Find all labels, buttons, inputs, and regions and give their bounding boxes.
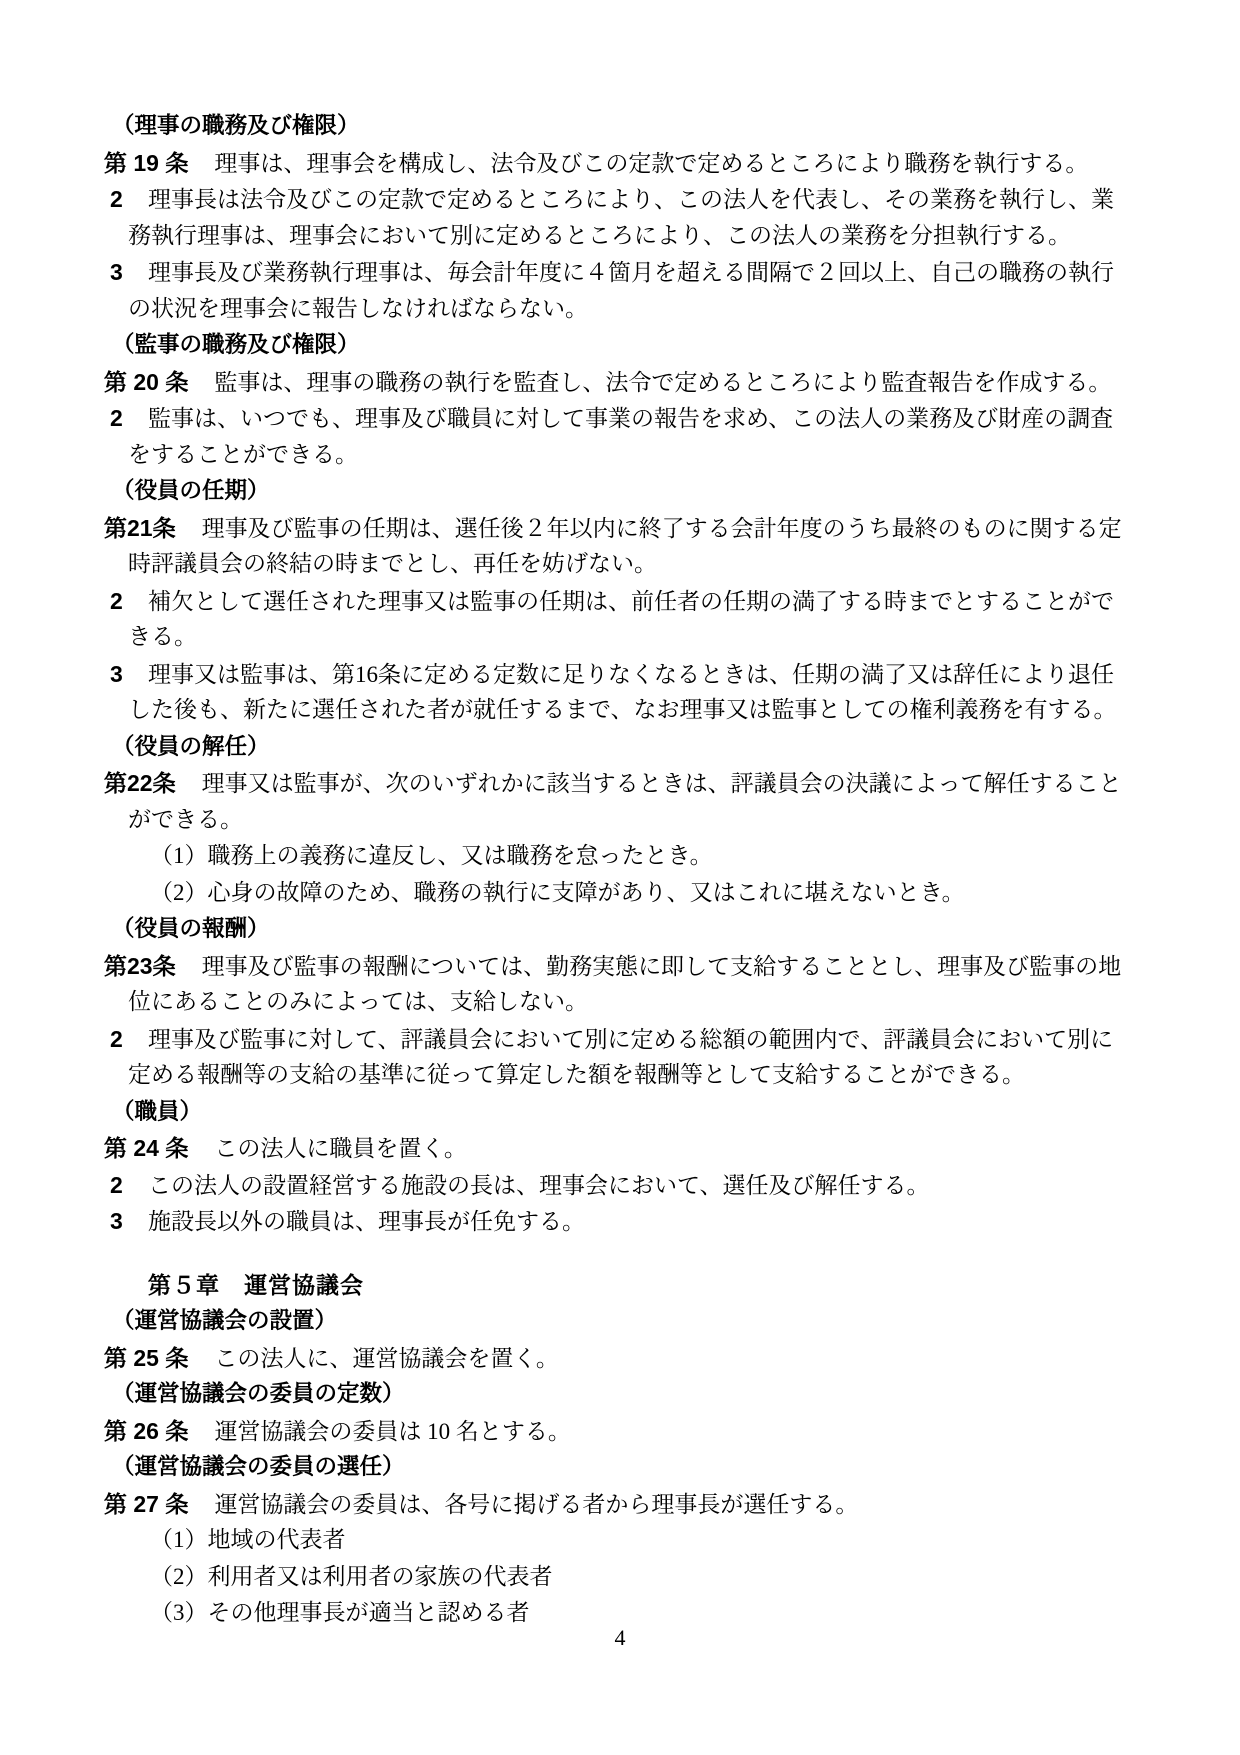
document-line: 3理事長及び業務執行理事は、毎会計年度に４箇月を超える間隔で２回以上、自己の職務…	[104, 254, 1144, 291]
document-line: をすることができる。	[104, 437, 1144, 474]
document-line: 第 19 条理事は、理事会を構成し、法令及びこの定款で定めるところにより職務を執…	[104, 145, 1144, 182]
document-line: （2）利用者又は利用者の家族の代表者	[104, 1559, 1144, 1596]
document-line: （運営協議会の委員の選任）	[104, 1449, 1144, 1486]
paragraph-number: 3	[110, 254, 148, 291]
document-line: （役員の解任）	[104, 729, 1144, 766]
line-text: 理事及び監事の任期は、選任後２年以内に終了する会計年度のうち最終のものに関する定	[202, 516, 1122, 541]
document-line: 第22条理事又は監事が、次のいずれかに該当するときは、評議員会の決議によって解任…	[104, 765, 1144, 802]
line-text: （1）地域の代表者	[150, 1527, 346, 1552]
document-body: （理事の職務及び権限）第 19 条理事は、理事会を構成し、法令及びこの定款で定め…	[104, 108, 1144, 1632]
document-line: 2この法人の設置経営する施設の長は、理事会において、選任及び解任する。	[104, 1167, 1144, 1204]
line-text: 時評議員会の終結の時までとし、再任を妨げない。	[128, 551, 657, 576]
document-line: きる。	[104, 619, 1144, 656]
paragraph-number: 2	[110, 181, 148, 218]
line-text: 理事又は監事が、次のいずれかに該当するときは、評議員会の決議によって解任すること	[202, 771, 1122, 796]
document-line: 第21条理事及び監事の任期は、選任後２年以内に終了する会計年度のうち最終のものに…	[104, 510, 1144, 547]
document-line: （監事の職務及び権限）	[104, 327, 1144, 364]
document-line: （1）地域の代表者	[104, 1522, 1144, 1559]
line-text: この法人の設置経営する施設の長は、理事会において、選任及び解任する。	[148, 1173, 930, 1198]
document-line: （役員の報酬）	[104, 911, 1144, 948]
paragraph-number: 2	[110, 583, 148, 620]
line-text: 理事又は監事は、第16条に定める定数に足りなくなるときは、任期の満了又は辞任によ…	[148, 662, 1114, 687]
document-line: （理事の職務及び権限）	[104, 108, 1144, 145]
document-page: （理事の職務及び権限）第 19 条理事は、理事会を構成し、法令及びこの定款で定め…	[0, 0, 1240, 1755]
line-text: 運営協議会の委員は 10 名とする。	[214, 1419, 571, 1444]
document-line: 第５章 運営協議会	[104, 1267, 1144, 1304]
article-number: 第22条	[104, 770, 176, 796]
document-line: 2理事及び監事に対して、評議員会において別に定める総額の範囲内で、評議員会におい…	[104, 1021, 1144, 1058]
paragraph-number: 3	[110, 1203, 148, 1240]
line-text: （1）職務上の義務に違反し、又は職務を怠ったとき。	[150, 843, 713, 868]
line-text: の状況を理事会に報告しなければならない。	[128, 296, 588, 321]
article-number: 第 25 条	[104, 1345, 188, 1371]
paragraph-number: 2	[110, 400, 148, 437]
paragraph-number: 2	[110, 1167, 148, 1204]
document-line: 第23条理事及び監事の報酬については、勤務実態に即して支給することとし、理事及び…	[104, 948, 1144, 985]
document-line: 定める報酬等の支給の基準に従って算定した額を報酬等として支給することができる。	[104, 1057, 1144, 1094]
line-text: 務執行理事は、理事会において別に定めるところにより、この法人の業務を分担執行する…	[128, 223, 1071, 248]
document-line: 時評議員会の終結の時までとし、再任を妨げない。	[104, 546, 1144, 583]
line-text: 理事及び監事に対して、評議員会において別に定める総額の範囲内で、評議員会において…	[148, 1027, 1113, 1052]
document-line: 3理事又は監事は、第16条に定める定数に足りなくなるときは、任期の満了又は辞任に…	[104, 656, 1144, 693]
line-text: をすることができる。	[128, 442, 358, 467]
document-line: 位にあることのみによっては、支給しない。	[104, 984, 1144, 1021]
line-text: （役員の報酬）	[112, 916, 270, 941]
article-number: 第23条	[104, 953, 176, 979]
line-text: 施設長以外の職員は、理事長が任免する。	[148, 1209, 585, 1234]
line-text: （理事の職務及び権限）	[112, 113, 360, 138]
line-text: 第５章 運営協議会	[148, 1272, 364, 1298]
line-text: 定める報酬等の支給の基準に従って算定した額を報酬等として支給することができる。	[128, 1062, 1025, 1087]
document-line: （1）職務上の義務に違反し、又は職務を怠ったとき。	[104, 838, 1144, 875]
article-number: 第 19 条	[104, 150, 188, 176]
document-line: 第 20 条監事は、理事の職務の執行を監査し、法令で定めるところにより監査報告を…	[104, 364, 1144, 401]
article-number: 第21条	[104, 515, 176, 541]
document-line: した後も、新たに選任された者が就任するまで、なお理事又は監事としての権利義務を有…	[104, 692, 1144, 729]
line-spacer	[104, 1240, 1144, 1267]
line-text: きる。	[128, 624, 197, 649]
line-text: 理事長及び業務執行理事は、毎会計年度に４箇月を超える間隔で２回以上、自己の職務の…	[148, 260, 1114, 285]
article-number: 第 27 条	[104, 1491, 188, 1517]
document-line: （職員）	[104, 1094, 1144, 1131]
line-text: 位にあることのみによっては、支給しない。	[128, 989, 588, 1014]
document-line: 3施設長以外の職員は、理事長が任免する。	[104, 1203, 1144, 1240]
document-line: 第 27 条運営協議会の委員は、各号に掲げる者から理事長が選任する。	[104, 1486, 1144, 1523]
document-line: 2理事長は法令及びこの定款で定めるところにより、この法人を代表し、その業務を執行…	[104, 181, 1144, 218]
line-text: 監事は、いつでも、理事及び職員に対して事業の報告を求め、この法人の業務及び財産の…	[148, 406, 1113, 431]
page-number: 4	[0, 1620, 1240, 1656]
document-line: ができる。	[104, 802, 1144, 839]
line-text: （運営協議会の委員の定数）	[112, 1381, 405, 1406]
line-text: 監事は、理事の職務の執行を監査し、法令で定めるところにより監査報告を作成する。	[214, 370, 1111, 395]
document-line: （役員の任期）	[104, 473, 1144, 510]
line-text: （運営協議会の設置）	[112, 1308, 337, 1333]
line-text: （役員の任期）	[112, 478, 270, 503]
document-line: （運営協議会の設置）	[104, 1303, 1144, 1340]
line-text: 理事長は法令及びこの定款で定めるところにより、この法人を代表し、その業務を執行し…	[148, 187, 1114, 212]
document-line: 2監事は、いつでも、理事及び職員に対して事業の報告を求め、この法人の業務及び財産…	[104, 400, 1144, 437]
document-line: 第 24 条この法人に職員を置く。	[104, 1130, 1144, 1167]
article-number: 第 20 条	[104, 369, 188, 395]
line-text: （役員の解任）	[112, 734, 270, 759]
document-line: の状況を理事会に報告しなければならない。	[104, 291, 1144, 328]
line-text: この法人に職員を置く。	[214, 1136, 467, 1161]
paragraph-number: 2	[110, 1021, 148, 1058]
line-text: 理事及び監事の報酬については、勤務実態に即して支給することとし、理事及び監事の地	[202, 954, 1122, 979]
document-line: 務執行理事は、理事会において別に定めるところにより、この法人の業務を分担執行する…	[104, 218, 1144, 255]
line-text: この法人に、運営協議会を置く。	[214, 1346, 559, 1371]
line-text: （監事の職務及び権限）	[112, 332, 360, 357]
document-line: 第 26 条運営協議会の委員は 10 名とする。	[104, 1413, 1144, 1450]
line-text: した後も、新たに選任された者が就任するまで、なお理事又は監事としての権利義務を有…	[128, 697, 1117, 722]
line-text: （2）利用者又は利用者の家族の代表者	[150, 1564, 553, 1589]
line-text: 運営協議会の委員は、各号に掲げる者から理事長が選任する。	[214, 1492, 858, 1517]
article-number: 第 26 条	[104, 1418, 188, 1444]
document-line: 第 25 条この法人に、運営協議会を置く。	[104, 1340, 1144, 1377]
article-number: 第 24 条	[104, 1135, 188, 1161]
line-text: （職員）	[112, 1099, 202, 1124]
document-line: （運営協議会の委員の定数）	[104, 1376, 1144, 1413]
document-line: 2補欠として選任された理事又は監事の任期は、前任者の任期の満了する時までとするこ…	[104, 583, 1144, 620]
line-text: 理事は、理事会を構成し、法令及びこの定款で定めるところにより職務を執行する。	[214, 151, 1088, 176]
document-line: （2）心身の故障のため、職務の執行に支障があり、又はこれに堪えないとき。	[104, 875, 1144, 912]
line-text: ができる。	[128, 807, 243, 832]
line-text: （2）心身の故障のため、職務の執行に支障があり、又はこれに堪えないとき。	[150, 880, 965, 905]
paragraph-number: 3	[110, 656, 148, 693]
line-text: 補欠として選任された理事又は監事の任期は、前任者の任期の満了する時までとすること…	[148, 589, 1114, 614]
line-text: （運営協議会の委員の選任）	[112, 1454, 405, 1479]
